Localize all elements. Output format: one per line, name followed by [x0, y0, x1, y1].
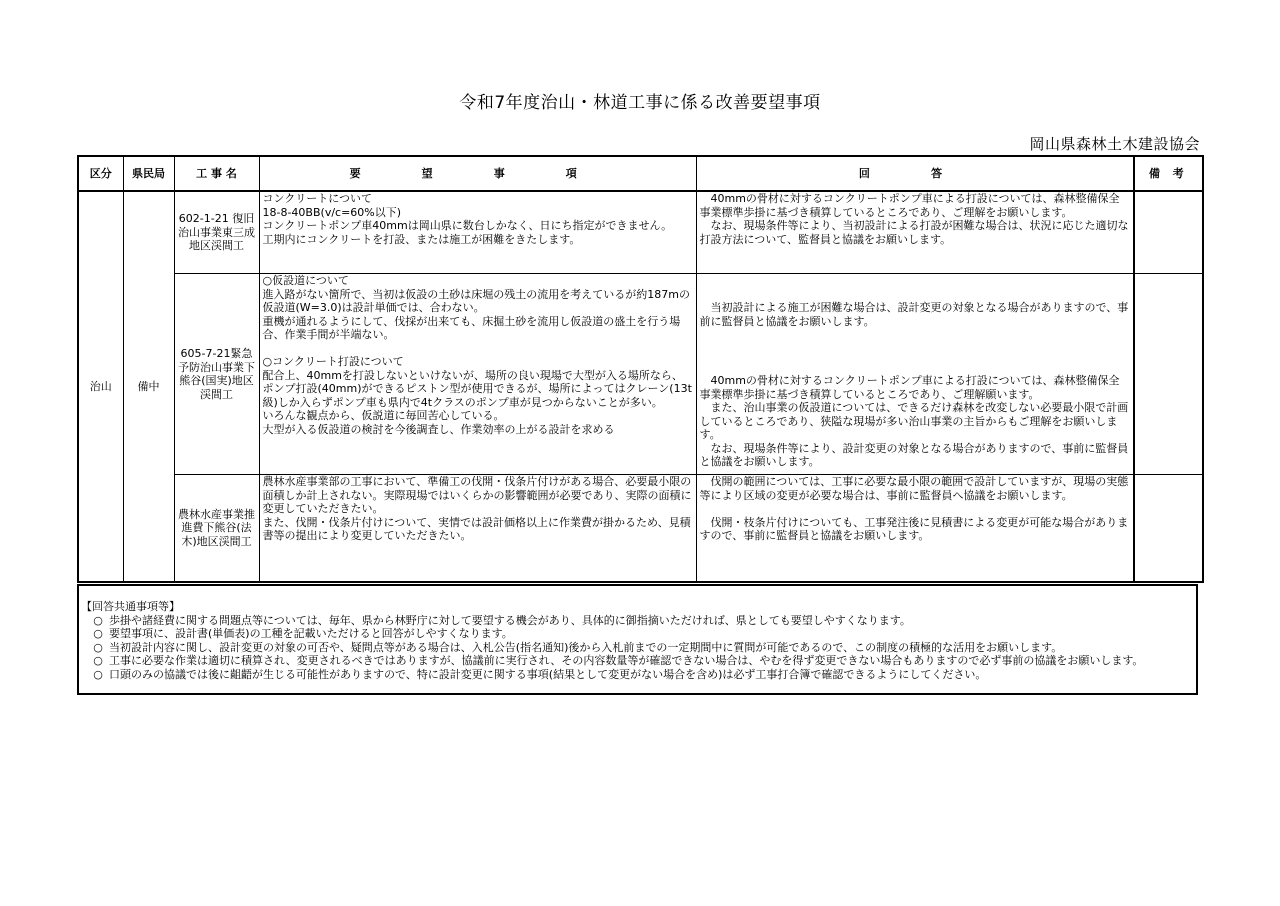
circle-bullet-icon: ○ — [87, 654, 109, 668]
project-name-cell: 605-7-21緊急予防治山事業下熊谷(国実)地区 渓間工 — [174, 274, 259, 475]
answer-part-concrete: 40mmの骨材に対するコンクリートポンプ車による打設については、森林整備保全事業… — [700, 374, 1131, 469]
remarks-cell — [1134, 274, 1203, 475]
notes-heading: 【回答共通事項等】 — [81, 600, 1196, 614]
note-text: 要望事項に、設計書(単価表)の工種を記載いただけると回答がしやすくなります。 — [109, 627, 513, 640]
note-text: 歩掛や諸経費に関する問題点等については、毎年、県から林野庁に対して要望する機会が… — [109, 614, 911, 627]
request-cell: 農林水産事業部の工事において、準備工の伐開・伐条片付けがある場合、必要最小限の面… — [259, 475, 696, 583]
request-cell: ○仮設道について 進入路がない箇所で、当初は仮設の土砂は床堀の残土の流用を考えて… — [259, 274, 696, 475]
answer-cell: 当初設計による施工が困難な場合は、設計変更の対象となる場合がありますので、事前に… — [696, 274, 1134, 475]
header-answer: 回 答 — [696, 156, 1134, 191]
request-table: 区分 県民局 工 事 名 要 望 事 項 回 答 備 考 治山 備中 602-1… — [77, 155, 1204, 583]
request-cell: コンクリートについて 18-8-40BB(v/c=60%以下) コンクリートポン… — [259, 191, 696, 274]
note-item: ○要望事項に、設計書(単価表)の工種を記載いただけると回答がしやすくなります。 — [81, 627, 1196, 641]
header-project-name: 工 事 名 — [174, 156, 259, 191]
common-notes-box: 【回答共通事項等】 ○歩掛や諸経費に関する問題点等については、毎年、県から林野庁… — [77, 584, 1198, 695]
organization-name: 岡山県森林土木建設協会 — [1029, 133, 1200, 154]
remarks-cell — [1134, 191, 1203, 274]
note-item: ○歩掛や諸経費に関する問題点等については、毎年、県から林野庁に対して要望する機会… — [81, 614, 1196, 628]
circle-bullet-icon: ○ — [87, 668, 109, 682]
note-text: 口頭のみの協議では後に齟齬が生じる可能性がありますので、特に設計変更に関する事項… — [109, 668, 986, 681]
note-item: ○当初設計内容に関し、設計変更の対象の可否や、疑問点等がある場合は、入札公告(指… — [81, 641, 1196, 655]
answer-cell: 40mmの骨材に対するコンクリートポンプ車による打設については、森林整備保全事業… — [696, 191, 1134, 274]
answer-cell: 伐開の範囲については、工事に必要な最小限の範囲で設計していますが、現場の実態等に… — [696, 475, 1134, 583]
table-row: 605-7-21緊急予防治山事業下熊谷(国実)地区 渓間工 ○仮設道について 進… — [78, 274, 1203, 475]
document-title: 令和7年度治山・林道工事に係る改善要望事項 — [0, 88, 1280, 113]
table-header-row: 区分 県民局 工 事 名 要 望 事 項 回 答 備 考 — [78, 156, 1203, 191]
note-text: 当初設計内容に関し、設計変更の対象の可否や、疑問点等がある場合は、入札公告(指名… — [109, 641, 1062, 654]
header-request: 要 望 事 項 — [259, 156, 696, 191]
note-text: 工事に必要な作業は適切に積算され、変更されるべきではありますが、協議前に実行され… — [109, 654, 1143, 667]
bureau-cell: 備中 — [123, 191, 174, 582]
note-item: ○工事に必要な作業は適切に積算され、変更されるべきではありますが、協議前に実行さ… — [81, 654, 1196, 668]
answer-part-temporary-road: 当初設計による施工が困難な場合は、設計変更の対象となる場合がありますので、事前に… — [700, 301, 1131, 328]
project-name-cell: 602-1-21 復旧治山事業東三成地区渓間工 — [174, 191, 259, 274]
header-remarks: 備 考 — [1134, 156, 1203, 191]
note-item: ○口頭のみの協議では後に齟齬が生じる可能性がありますので、特に設計変更に関する事… — [81, 668, 1196, 682]
header-category: 区分 — [78, 156, 123, 191]
table-row: 農林水産事業推進費下熊谷(法木)地区渓間工 農林水産事業部の工事において、準備工… — [78, 475, 1203, 583]
header-bureau: 県民局 — [123, 156, 174, 191]
project-name-cell: 農林水産事業推進費下熊谷(法木)地区渓間工 — [174, 475, 259, 583]
circle-bullet-icon: ○ — [87, 614, 109, 628]
circle-bullet-icon: ○ — [87, 641, 109, 655]
category-cell: 治山 — [78, 191, 123, 582]
table-row: 治山 備中 602-1-21 復旧治山事業東三成地区渓間工 コンクリートについて… — [78, 191, 1203, 274]
circle-bullet-icon: ○ — [87, 627, 109, 641]
remarks-cell — [1134, 475, 1203, 583]
